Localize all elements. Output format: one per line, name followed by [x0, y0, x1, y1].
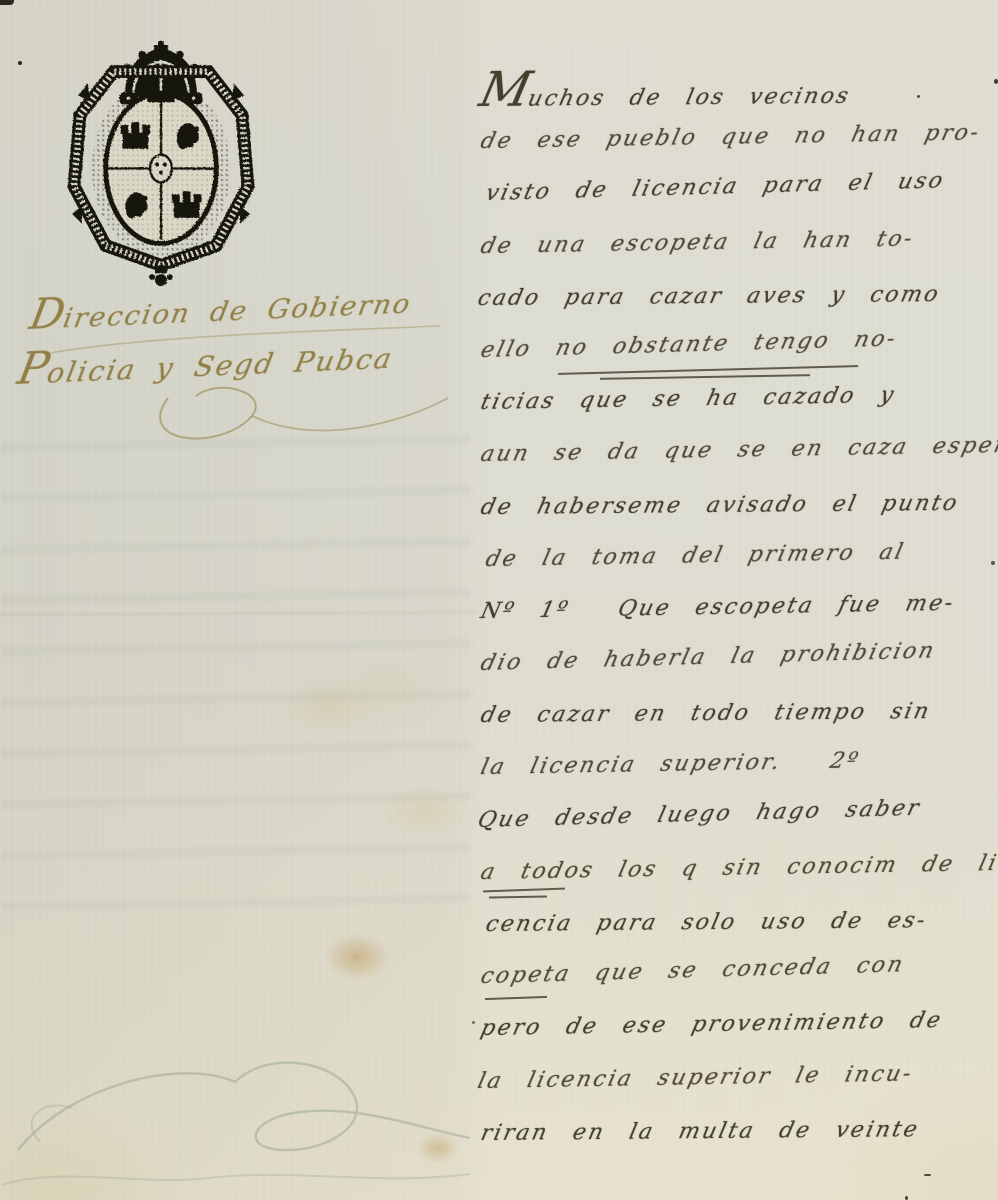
- manuscript-line: pero de ese provenimiento de: [475, 994, 998, 1055]
- ink-speck: [18, 61, 22, 65]
- edge-mark: [0, 0, 14, 5]
- manuscript-body: Muchos de los vecinos de ese pueblo que …: [481, 64, 998, 1160]
- ink-speck: [472, 1021, 475, 1024]
- manuscript-line: riran en la multa de veinte: [475, 1103, 998, 1160]
- ink-speck: [994, 79, 998, 84]
- letterhead: Direccion de Gobierno Policia y Segd Pub…: [16, 292, 456, 399]
- ink-speck: [924, 1174, 931, 1176]
- manuscript-line: de la toma del primero al: [480, 525, 998, 586]
- ink-speck: [905, 1196, 908, 1200]
- manuscript-line: de haberseme avisado el punto: [475, 477, 998, 534]
- ink-speck: [917, 95, 920, 98]
- manuscript-line: de una escopeta la han to-: [475, 212, 998, 273]
- verso-showthrough-bands: [0, 400, 470, 940]
- paper-crease: [0, 611, 478, 617]
- manuscript-line: aun se da que se en caza esperan: [475, 420, 998, 481]
- manuscript-page: Direccion de Gobierno Policia y Segd Pub…: [0, 0, 998, 1200]
- royal-coat-of-arms-seal-icon: [62, 40, 260, 292]
- manuscript-line: la licencia superior le incu-: [472, 1046, 998, 1107]
- ink-speck: [991, 561, 995, 565]
- verso-showthrough-flourish: [0, 1000, 480, 1200]
